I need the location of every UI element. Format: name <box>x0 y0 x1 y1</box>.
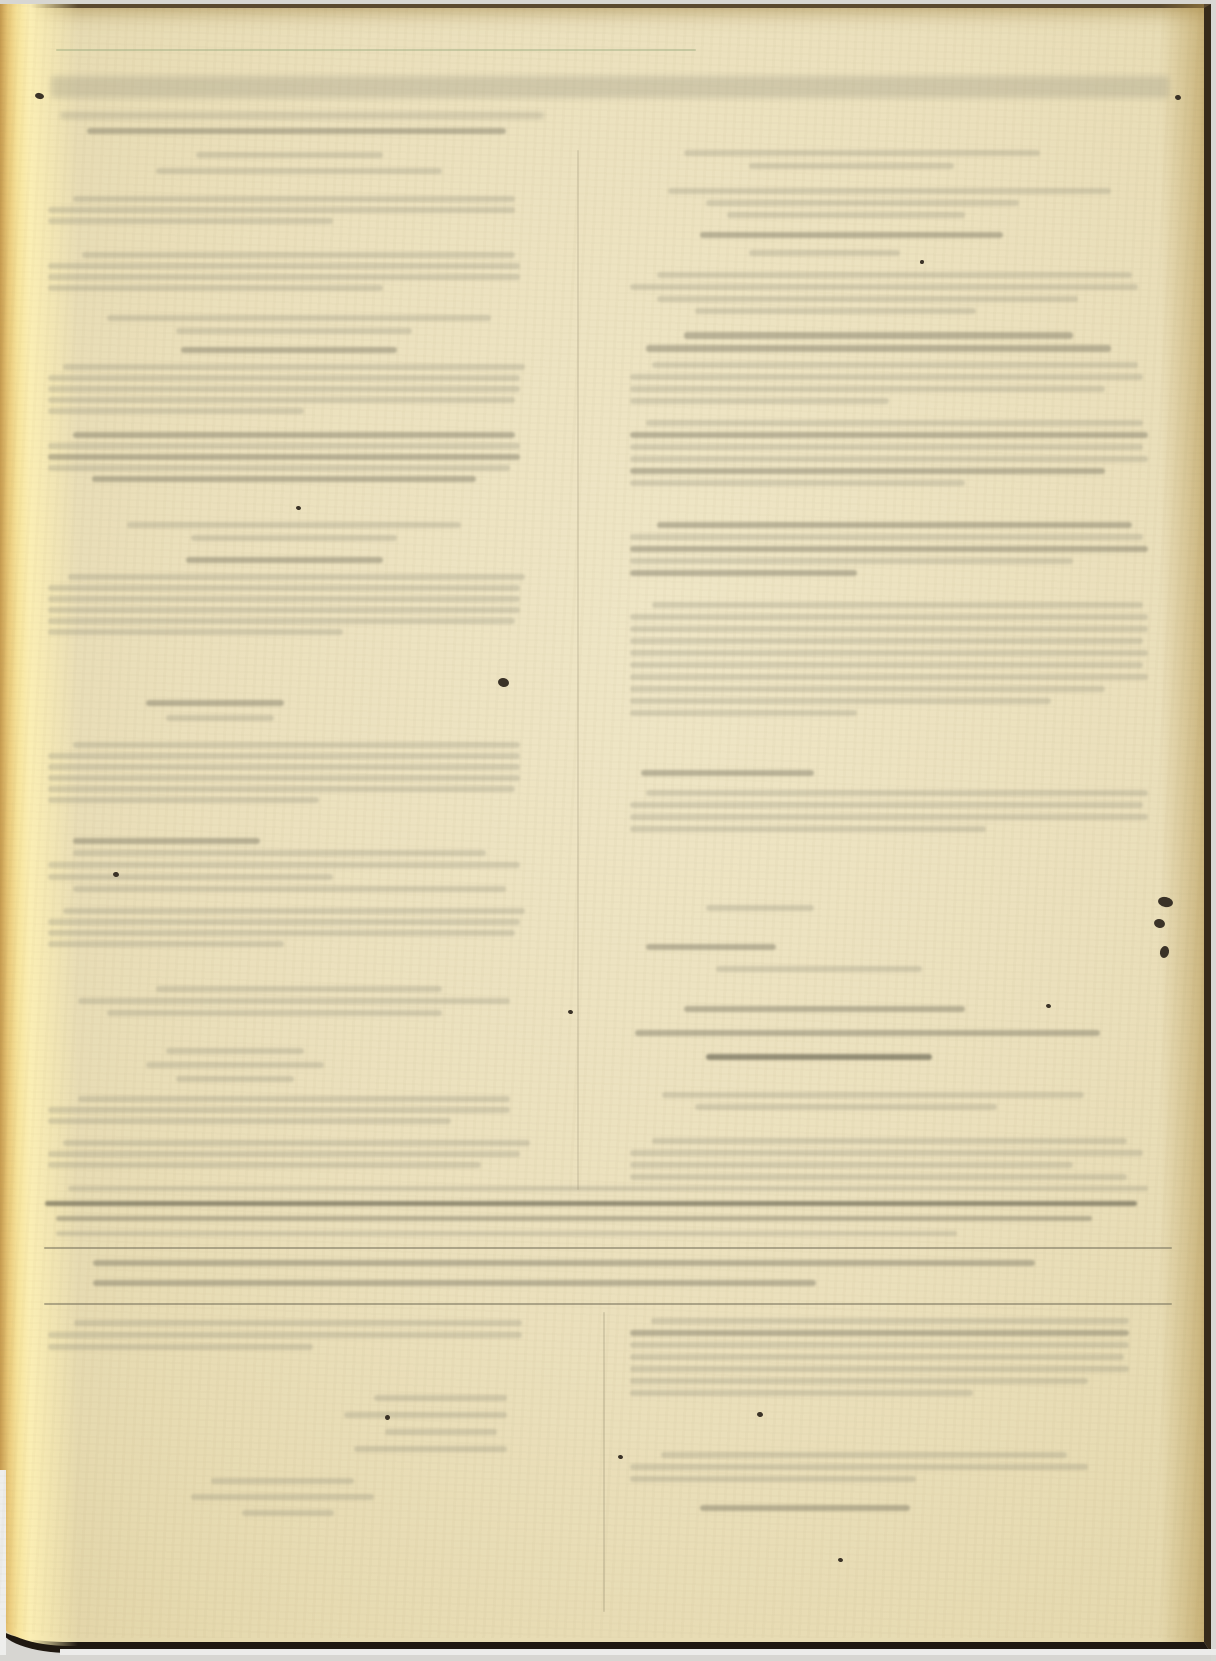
ghost-line <box>706 200 1019 206</box>
ghost-line <box>92 476 476 482</box>
ghost-line <box>630 662 1143 668</box>
ghost-line <box>48 618 515 624</box>
ghost-paragraph <box>630 272 1170 320</box>
ghost-line <box>48 1107 510 1113</box>
ghost-line <box>78 1096 511 1102</box>
scan-background-right <box>1211 0 1216 1661</box>
ghost-line <box>156 168 441 174</box>
ghost-line <box>186 557 383 563</box>
ghost-line <box>242 1510 334 1516</box>
ghost-line <box>630 468 1105 474</box>
ghost-line <box>630 570 857 576</box>
column-divider-upper <box>577 150 579 1190</box>
ghost-line <box>630 480 965 486</box>
ghost-line <box>48 941 284 947</box>
ghost-line <box>87 128 505 134</box>
ghost-line <box>635 1030 1099 1036</box>
ghost-line <box>630 546 1148 552</box>
ghost-line <box>63 364 525 370</box>
ghost-line <box>191 1494 375 1500</box>
ghost-line <box>385 1429 497 1435</box>
ghost-line <box>48 1162 481 1168</box>
ghost-line <box>630 1162 1073 1168</box>
ghost-paragraph-fullwidth <box>45 1186 1171 1246</box>
ghost-signature <box>630 905 1170 917</box>
ghost-line <box>48 585 520 591</box>
ghost-line <box>700 232 1002 238</box>
ghost-line <box>48 596 520 602</box>
ghost-line <box>652 1138 1127 1144</box>
ghost-line <box>107 315 491 321</box>
ghost-line <box>48 465 510 471</box>
ghost-line <box>630 1354 1124 1360</box>
ghost-paragraph <box>630 362 1170 410</box>
ghost-paragraph <box>48 1140 540 1173</box>
ghost-paragraph <box>48 838 540 898</box>
ghost-line <box>630 1464 1088 1470</box>
ghost-line <box>166 715 274 721</box>
ghost-line <box>630 626 1148 632</box>
scan-canvas <box>0 0 1216 1661</box>
ghost-line <box>630 1476 916 1482</box>
ghost-signature <box>48 1395 558 1463</box>
ghost-line <box>630 444 1143 450</box>
ghost-line <box>48 1118 451 1124</box>
ghost-paragraph <box>48 986 540 1022</box>
ghost-line <box>176 328 412 334</box>
ghost-line <box>354 1446 507 1452</box>
ghost-line <box>211 1478 354 1484</box>
ghost-line <box>48 1332 522 1338</box>
ghost-line <box>146 1062 323 1068</box>
ghost-line <box>630 638 1143 644</box>
ghost-line <box>646 790 1148 796</box>
ghost-line <box>48 607 520 613</box>
scan-background-bottom <box>60 1649 1216 1655</box>
ghost-paragraph <box>48 522 540 548</box>
section-rule-top <box>44 1247 1172 1249</box>
ghost-heading <box>630 770 1170 782</box>
ghost-section-title <box>60 1260 1156 1300</box>
ghost-line <box>48 874 333 880</box>
ghost-line <box>657 296 1078 302</box>
ghost-line <box>630 674 1148 680</box>
ghost-line <box>73 742 521 748</box>
ghost-line <box>344 1412 507 1418</box>
ghost-heading <box>48 152 540 184</box>
ghost-line <box>684 150 1040 156</box>
ghost-line <box>48 386 520 392</box>
ghost-line <box>641 770 814 776</box>
ghost-line <box>73 886 506 892</box>
ghost-line <box>63 908 525 914</box>
ghost-line <box>48 764 520 770</box>
ghost-line <box>48 207 515 213</box>
ghost-line <box>651 1318 1129 1324</box>
ghost-line <box>51 76 1168 98</box>
ghost-paragraph <box>630 1452 1150 1488</box>
ghost-line <box>630 614 1148 620</box>
ghost-line <box>630 1174 1127 1180</box>
ghost-line <box>48 775 520 781</box>
ghost-line <box>684 332 1073 339</box>
ghost-line <box>630 398 889 404</box>
ghost-line <box>63 1140 530 1146</box>
ghost-line <box>662 1092 1083 1098</box>
ghost-heading <box>630 150 1170 176</box>
ghost-line <box>630 1366 1129 1372</box>
ghost-line <box>48 274 520 280</box>
ghost-line <box>48 629 343 635</box>
ghost-line <box>196 152 383 158</box>
ghost-line <box>630 686 1105 692</box>
ghost-line <box>48 786 515 792</box>
ghost-line <box>646 345 1110 352</box>
ghost-heading <box>630 332 1170 358</box>
ghost-line <box>695 1104 997 1110</box>
ghost-paragraph <box>630 790 1170 838</box>
ghost-line <box>48 1344 313 1350</box>
ghost-line <box>716 966 921 972</box>
ghost-paragraph <box>48 1096 540 1129</box>
ghost-heading <box>640 1505 1140 1517</box>
ghost-line <box>630 814 1148 820</box>
ghost-line <box>48 454 520 460</box>
ghost-line <box>48 218 333 224</box>
ghost-line <box>695 308 976 314</box>
ghost-line <box>48 930 515 936</box>
ghost-line <box>684 1006 965 1012</box>
ghost-line <box>48 862 520 868</box>
ghost-line <box>68 1186 1149 1191</box>
ghost-line <box>706 1054 933 1060</box>
ghost-paragraph <box>48 252 540 296</box>
dateline-ghost <box>48 128 540 139</box>
ghost-line <box>630 802 1143 808</box>
ghost-line <box>60 112 544 119</box>
ghost-mirrored-line <box>630 232 1170 268</box>
column-divider-lower <box>603 1312 605 1612</box>
ghost-line <box>127 522 462 528</box>
ghost-line <box>630 1378 1088 1384</box>
masthead-subline-ghost <box>60 112 1160 124</box>
ghost-paragraph <box>630 602 1170 722</box>
ghost-signature <box>630 944 1170 988</box>
ghost-line <box>48 375 520 381</box>
scan-background-left <box>0 1470 6 1655</box>
ghost-paragraph <box>630 1138 1170 1186</box>
ghost-paragraph <box>630 1318 1150 1402</box>
ghost-line <box>706 905 814 911</box>
ghost-paragraph <box>48 315 540 341</box>
ghost-line <box>48 397 515 403</box>
scanner-green-line <box>56 49 696 51</box>
ghost-line <box>181 347 397 353</box>
ghost-signature <box>48 1478 558 1526</box>
ghost-line <box>82 252 515 258</box>
ghost-heading <box>630 1006 1170 1078</box>
ghost-line <box>93 1280 816 1286</box>
ghost-paragraph <box>48 196 540 229</box>
ghost-line <box>48 263 520 269</box>
ghost-line <box>48 443 520 449</box>
ghost-line <box>727 212 965 218</box>
ghost-paragraph <box>630 1092 1170 1116</box>
ghost-line <box>630 374 1143 380</box>
ghost-paragraph <box>48 364 540 419</box>
ghost-line <box>749 250 900 256</box>
section-rule-bottom <box>44 1303 1172 1305</box>
ghost-line <box>749 163 954 169</box>
ghost-line <box>630 1342 1129 1348</box>
ghost-line <box>700 1505 910 1511</box>
ghost-paragraph <box>48 742 540 808</box>
ghost-line <box>48 919 520 925</box>
ghost-line <box>146 700 284 706</box>
ghost-line <box>374 1395 507 1401</box>
ghost-line <box>630 698 1051 704</box>
ghost-line <box>630 710 857 716</box>
ghost-line <box>48 797 319 803</box>
ghost-line <box>48 285 383 291</box>
ghost-line <box>56 1231 957 1236</box>
ghost-line <box>652 602 1143 608</box>
ghost-line <box>107 1010 442 1016</box>
ghost-line <box>73 432 516 438</box>
ghost-line <box>166 1048 304 1054</box>
ghost-line <box>630 432 1148 438</box>
ghost-line <box>48 753 520 759</box>
ghost-line <box>156 986 441 992</box>
ghost-paragraph <box>48 574 540 640</box>
ghost-line <box>93 1260 1036 1266</box>
ghost-line <box>45 1201 1137 1206</box>
ghost-paragraph <box>630 522 1170 582</box>
ghost-line <box>630 386 1105 392</box>
masthead-ghost <box>40 76 1180 110</box>
ghost-heading <box>48 557 540 569</box>
ghost-paragraph <box>48 908 540 952</box>
ghost-heading <box>48 1048 540 1090</box>
ghost-line <box>661 1452 1067 1458</box>
ghost-line <box>657 272 1132 278</box>
ghost-line <box>646 944 776 950</box>
ghost-paragraph <box>630 420 1170 492</box>
ghost-line <box>668 188 1111 194</box>
ghost-line <box>48 408 304 414</box>
ghost-paragraph <box>630 188 1170 224</box>
ghost-line <box>78 998 511 1004</box>
ghost-paragraph <box>48 1320 558 1356</box>
ghost-line <box>652 362 1138 368</box>
ghost-line <box>657 522 1132 528</box>
ghost-line <box>630 534 1143 540</box>
ghost-heading <box>48 700 540 730</box>
ghost-paragraph <box>48 432 540 487</box>
ghost-heading <box>48 347 540 359</box>
ghost-line <box>48 1151 520 1157</box>
ghost-line <box>630 1330 1129 1336</box>
ghost-line <box>73 196 516 202</box>
ghost-line <box>630 284 1138 290</box>
ghost-line <box>73 838 260 844</box>
ghost-line <box>191 535 398 541</box>
ghost-line <box>68 574 526 580</box>
ghost-line <box>56 1216 1092 1221</box>
ghost-line <box>630 650 1148 656</box>
ghost-line <box>630 558 1073 564</box>
ghost-line <box>630 1150 1143 1156</box>
ghost-line <box>630 456 1148 462</box>
ghost-line <box>74 1320 523 1326</box>
ghost-line <box>176 1076 294 1082</box>
ghost-line <box>630 826 986 832</box>
ghost-line <box>630 1390 973 1396</box>
ghost-line <box>73 850 486 856</box>
ghost-line <box>646 420 1143 426</box>
